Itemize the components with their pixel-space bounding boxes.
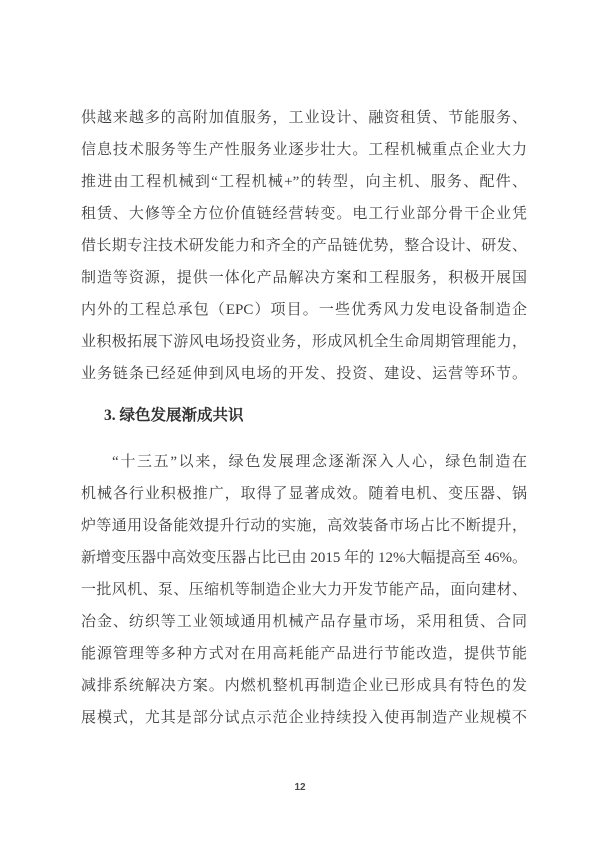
body-line: 信息技术服务等生产性服务业逐步壮大。工程机械重点企业大力 xyxy=(81,134,527,166)
document-page: 供越来越多的高附加值服务，工业设计、融资租赁、节能服务、 信息技术服务等生产性服… xyxy=(0,0,600,848)
body-line: 推进由工程机械到“工程机械+”的转型，向主机、服务、配件、 xyxy=(81,166,527,198)
body-line: 借长期专注技术研发能力和齐全的产品链优势，整合设计、研发、 xyxy=(81,230,527,262)
body-line: 业积极拓展下游风电场投资业务，形成风机全生命周期管理能力， xyxy=(81,326,527,358)
body-line: 内外的工程总承包（EPC）项目。一些优秀风力发电设备制造企 xyxy=(81,294,527,326)
body-line: 业务链条已经延伸到风电场的开发、投资、建设、运营等环节。 xyxy=(81,358,527,390)
body-line: 能源管理等多种方式对在用高耗能产品进行节能改造，提供节能 xyxy=(81,638,527,670)
body-line: 机械各行业积极推广，取得了显著成效。随着电机、变压器、锅 xyxy=(81,478,527,510)
body-line: “十三五”以来，绿色发展理念逐渐深入人心，绿色制造在 xyxy=(81,446,527,478)
body-line: 一批风机、泵、压缩机等制造企业大力开发节能产品，面向建材、 xyxy=(81,574,527,606)
body-line: 展模式，尤其是部分试点示范企业持续投入使再制造产业规模不 xyxy=(81,702,527,734)
section-heading: 3. 绿色发展渐成共识 xyxy=(81,400,550,432)
body-line: 冶金、纺织等工业领域通用机械产品存量市场，采用租赁、合同 xyxy=(81,606,527,638)
body-line: 制造等资源，提供一体化产品解决方案和工程服务，积极开展国 xyxy=(81,262,527,294)
body-line: 炉等通用设备能效提升行动的实施，高效装备市场占比不断提升， xyxy=(81,510,527,542)
paragraph-1: 供越来越多的高附加值服务，工业设计、融资租赁、节能服务、 信息技术服务等生产性服… xyxy=(81,102,527,390)
paragraph-2: “十三五”以来，绿色发展理念逐渐深入人心，绿色制造在 机械各行业积极推广，取得了… xyxy=(81,446,527,734)
body-line: 租赁、大修等全方位价值链经营转变。电工行业部分骨干企业凭 xyxy=(81,198,527,230)
body-line: 新增变压器中高效变压器占比已由 2015 年的 12%大幅提高至 46%。 xyxy=(81,542,527,574)
page-number: 12 xyxy=(0,781,600,795)
body-line: 供越来越多的高附加值服务，工业设计、融资租赁、节能服务、 xyxy=(81,102,527,134)
body-line: 减排系统解决方案。内燃机整机再制造企业已形成具有特色的发 xyxy=(81,670,527,702)
